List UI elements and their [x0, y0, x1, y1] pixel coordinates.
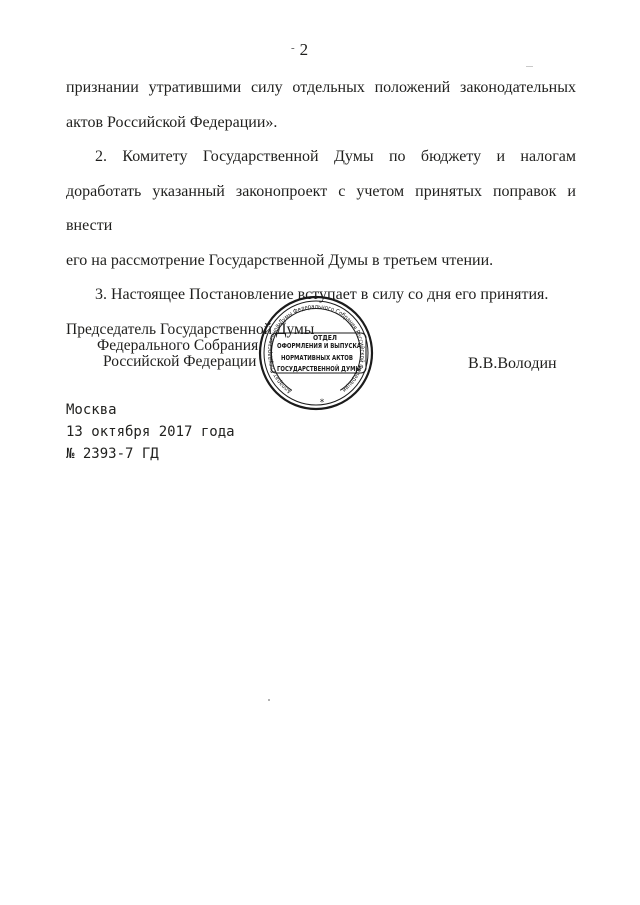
body-line-1: признании утратившими силу отдельных пол…	[66, 71, 576, 106]
document-page: -2 признании утратившими силу отдельных …	[0, 0, 640, 905]
scan-speck	[268, 699, 270, 701]
body-line-2: актов Российской Федерации».	[66, 106, 576, 141]
stamp-center-line-3: НОРМАТИВНЫХ АКТОВ	[281, 354, 353, 362]
body-line-5: его на рассмотрение Государственной Думы…	[66, 244, 576, 279]
footer-number: № 2393-7 ГД	[66, 443, 235, 465]
footer-city: Москва	[66, 399, 235, 421]
stamp-center-line-4: ГОСУДАРСТВЕННОЙ ДУМЫ	[277, 364, 361, 373]
stamp-outer-circle	[260, 297, 372, 409]
footer-date: 13 октября 2017 года	[66, 421, 235, 443]
official-stamp: Аппарат Государственной Думы Федеральног…	[257, 294, 375, 412]
stamp-center-line-1: ОТДЕЛ	[313, 334, 337, 342]
body-line-4: доработать указанный законопроект с учет…	[66, 175, 576, 244]
page-number-value: 2	[300, 40, 310, 59]
stamp-inner-ring-circle	[264, 301, 368, 405]
page-number-dash: -	[291, 42, 295, 54]
scan-dash-artifact	[526, 66, 533, 67]
stamp-center-line-2: ОФОРМЛЕНИЯ И ВЫПУСКА	[277, 342, 361, 350]
stamp-star-icon: *	[320, 398, 325, 408]
stamp-seal-svg: Аппарат Государственной Думы Федеральног…	[257, 294, 375, 412]
body-line-3: 2. Комитету Государственной Думы по бюдж…	[66, 140, 576, 175]
footer-block: Москва 13 октября 2017 года № 2393-7 ГД	[66, 399, 235, 465]
body-text: признании утратившими силу отдельных пол…	[66, 71, 576, 313]
page-number: -2	[291, 40, 309, 60]
signature-name: В.В.Володин	[468, 355, 557, 373]
